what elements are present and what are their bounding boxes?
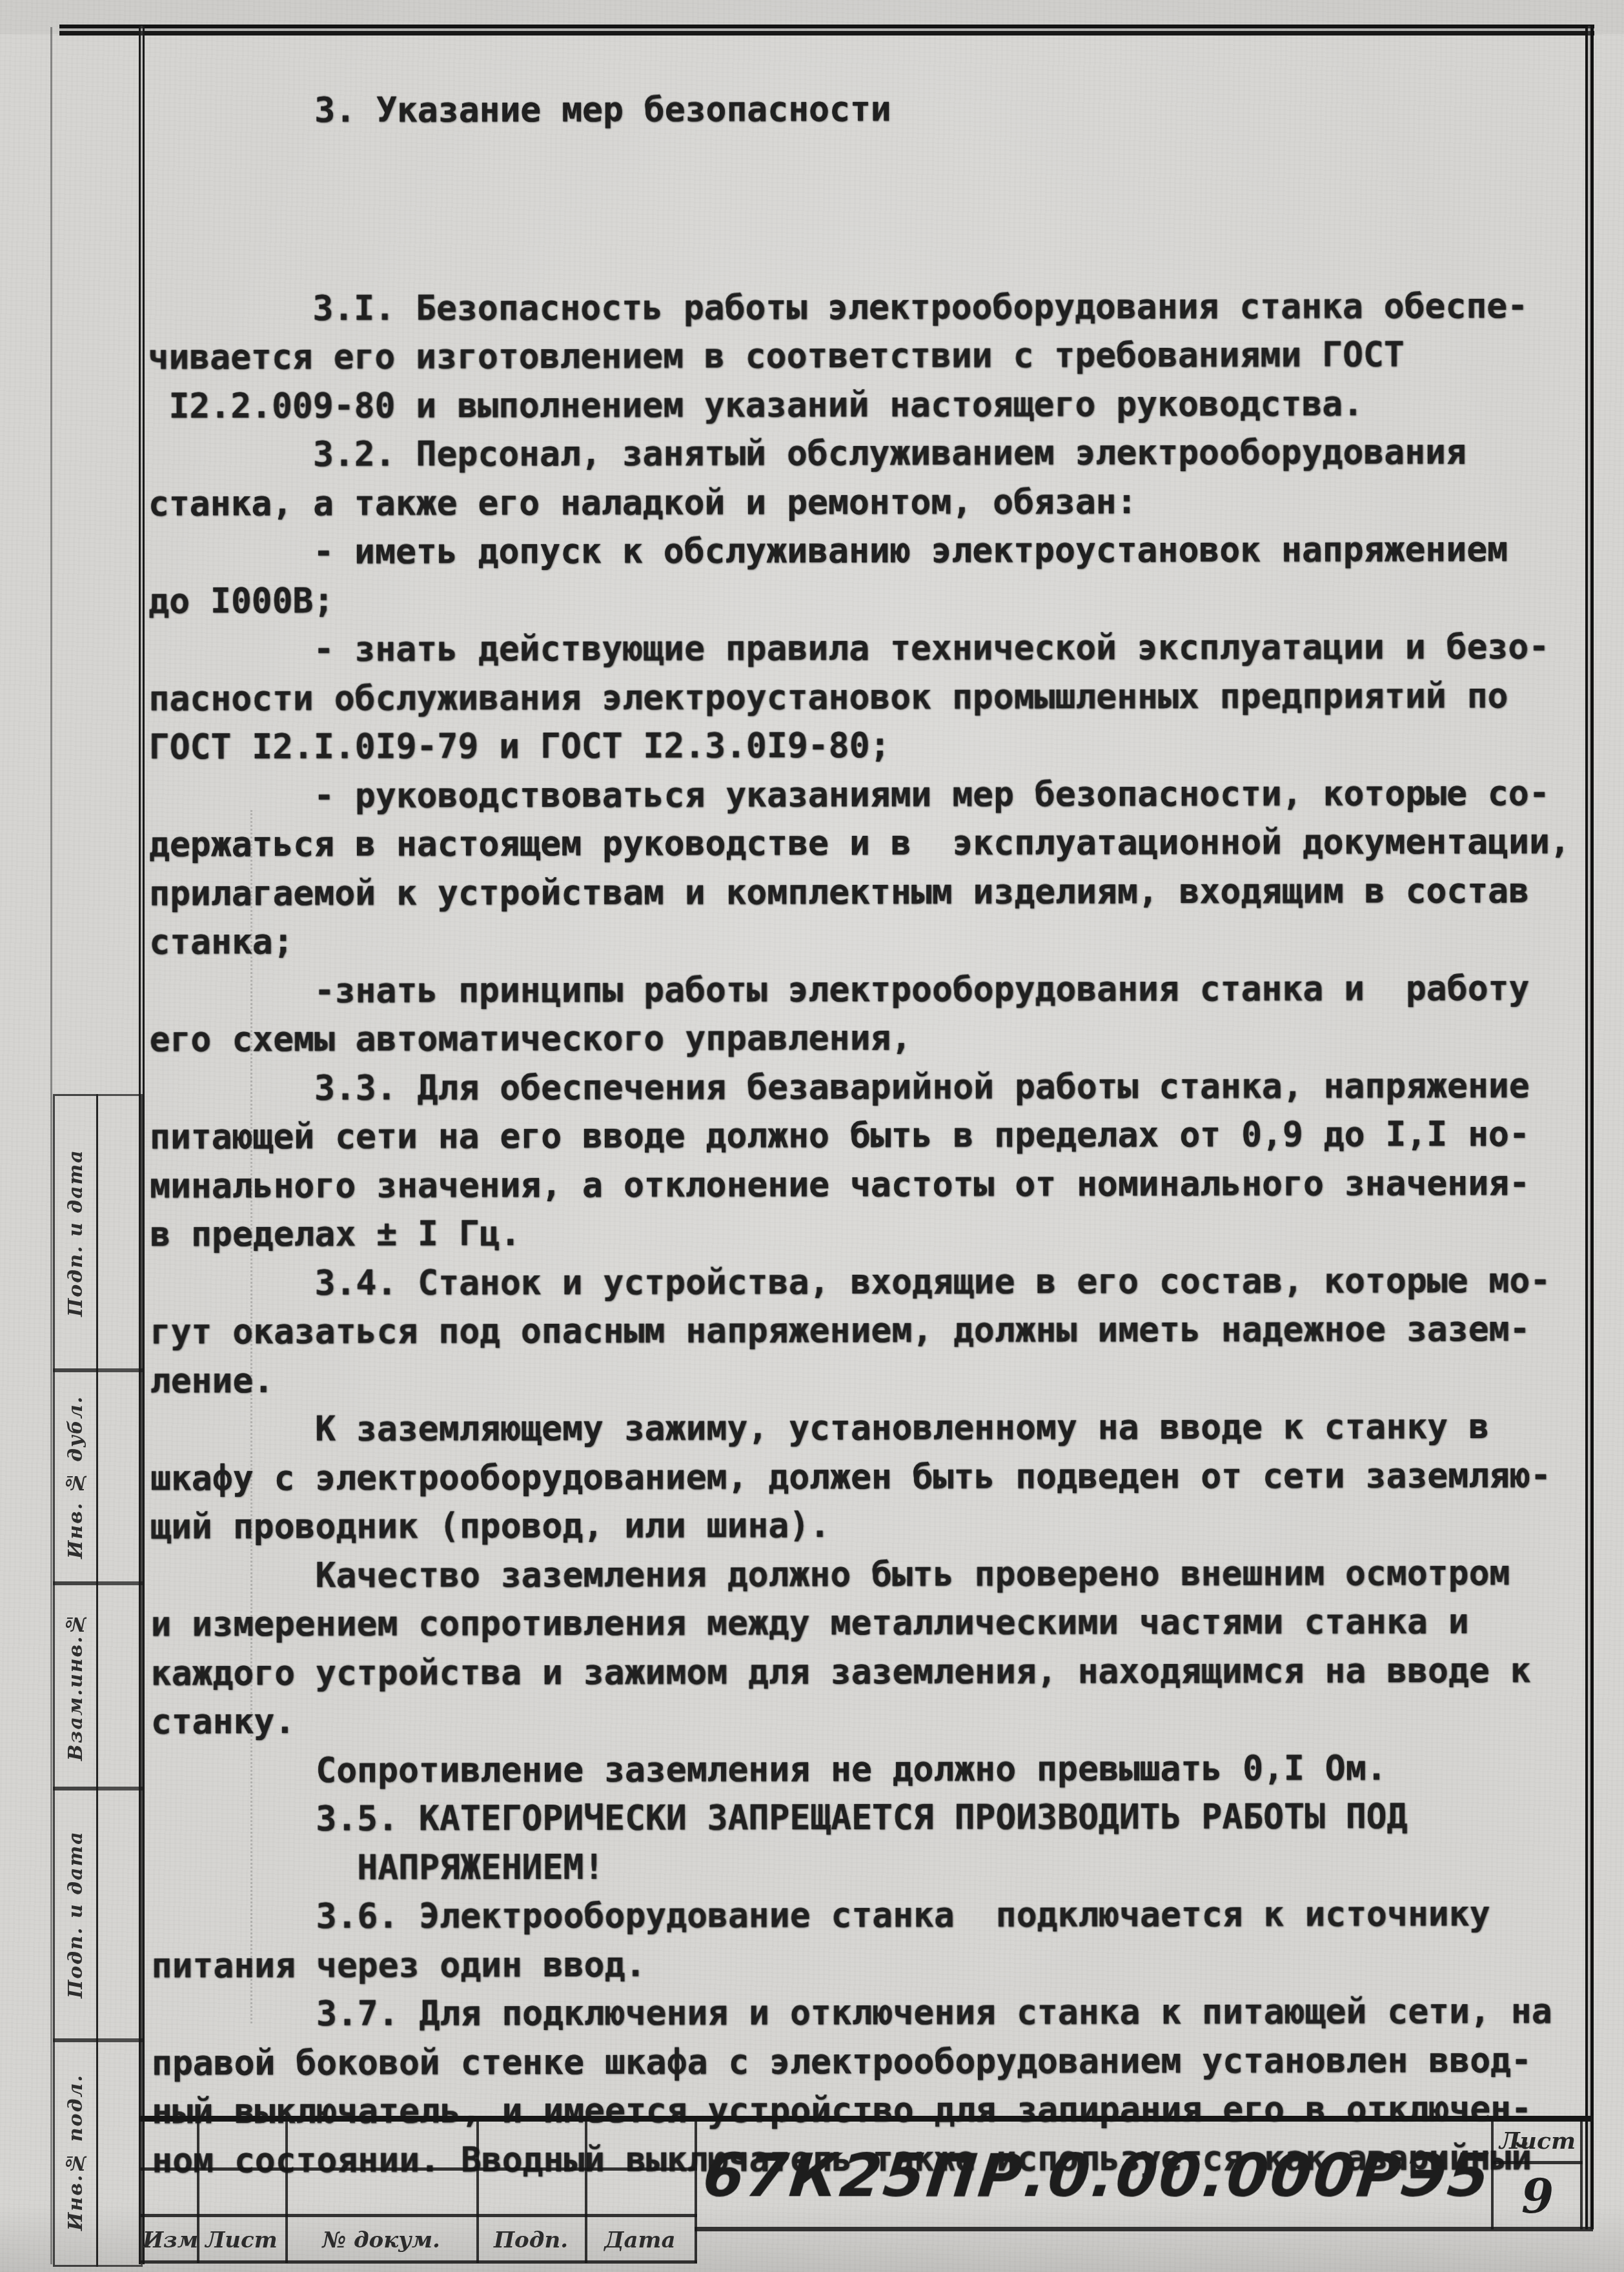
- sheet-number: 9: [1494, 2164, 1581, 2228]
- typed-line: I2.2.009-80 и выполнением указаний насто…: [148, 379, 1569, 431]
- typed-line: 3.2. Персонал, занятый обслуживанием эле…: [148, 428, 1570, 480]
- typed-line: до I000В;: [148, 574, 1570, 625]
- typed-line: чивается его изготовлением в соответстви…: [148, 330, 1569, 382]
- revision-table-line: [141, 2167, 697, 2171]
- typed-line: ление.: [150, 1354, 1572, 1405]
- typed-line: 3.7. Для подключения и отключения станка…: [152, 1987, 1573, 2039]
- margin-stamp-inv-n-dubl: Инв. № дубл.: [53, 1368, 98, 1585]
- typed-line: гут оказаться под опасным напряжением, д…: [150, 1305, 1571, 1357]
- typed-line: питающей сети на его вводе должно быть в…: [150, 1110, 1571, 1162]
- typed-line: К заземляющему зажиму, установленному на…: [150, 1403, 1572, 1454]
- title-block-top-line: [139, 2116, 1594, 2122]
- margin-stamp-inv-n-podl: Инв.№ подл.: [53, 2038, 98, 2267]
- typed-line: щий проводник (провод, или шина).: [150, 1500, 1572, 1552]
- title-block-bottom-line: [695, 2227, 1593, 2231]
- margin-stamp-blank-cell: [96, 1368, 143, 1585]
- margin-stamp-blank-cell: [96, 1581, 143, 1790]
- document-number: 67К25ПР.0.00.000РЭ5: [711, 2127, 1483, 2224]
- margin-stamp-blank-cell: [96, 2038, 143, 2267]
- margin-stamp-vzam-inv-n: Взам.инв.№: [53, 1581, 98, 1790]
- revision-col-podp: Подп.: [478, 2218, 584, 2263]
- margin-stamp-podp-i-data-lower: Подп. и дата: [53, 1787, 98, 2042]
- typed-line: станка;: [149, 915, 1570, 967]
- typed-line: в пределах ± I Гц.: [150, 1208, 1571, 1259]
- typed-line: ГОСТ I2.I.0I9-79 и ГОСТ I2.3.0I9-80;: [149, 720, 1570, 772]
- typed-line: Качество заземления должно быть проверен…: [150, 1548, 1572, 1600]
- typed-line: Сопротивление заземления не должно превы…: [151, 1743, 1572, 1795]
- section-heading: 3. Указание мер безопасности: [150, 85, 891, 136]
- revision-table-line: [695, 2118, 697, 2263]
- typed-line: минального значения, а отклонение частот…: [150, 1159, 1571, 1210]
- typed-line: 3.6. Электрооборудование станка подключа…: [151, 1890, 1572, 1942]
- frame-right-border: [1585, 26, 1594, 2229]
- revision-table-line: [141, 2214, 697, 2217]
- revision-col-list: Лист: [198, 2218, 285, 2263]
- typed-line: - знать действующие правила технической …: [148, 623, 1570, 674]
- typed-line: правой боковой стенке шкафа с электрообо…: [152, 2036, 1573, 2087]
- frame-top-border: [59, 25, 1594, 35]
- revision-col-izm: Изм: [145, 2218, 196, 2263]
- typed-line: станка, а также его наладкой и ремонтом,…: [148, 476, 1570, 528]
- typed-line: 3.3. Для обеспечения безаварийной работы…: [150, 1061, 1571, 1113]
- typed-line: -знать принципы работы электрооборудован…: [149, 964, 1570, 1015]
- typed-line: держаться в настоящем руководстве и в эк…: [149, 818, 1570, 869]
- revision-col-ndocum: № докум.: [287, 2218, 476, 2263]
- typed-line: шкафу с электрооборудованием, должен быт…: [150, 1451, 1572, 1503]
- paper-edge-line: [50, 27, 52, 2264]
- margin-stamp-podp-i-data-upper: Подп. и дата: [53, 1094, 98, 1372]
- typed-line: - руководствоваться указаниями мер безоп…: [149, 769, 1570, 820]
- scanned-page: 3. Указание мер безопасности 3.I. Безопа…: [0, 0, 1624, 2272]
- typed-line: и измерением сопротивления между металли…: [150, 1598, 1572, 1649]
- margin-stamp-blank-cell: [96, 1787, 143, 2042]
- typed-line: 3.5. КАТЕГОРИЧЕСКИ ЗАПРЕЩАЕТСЯ ПРОИЗВОДИ…: [151, 1792, 1572, 1844]
- margin-stamp-blank-cell: [96, 1094, 143, 1372]
- typed-line: станку.: [151, 1695, 1572, 1747]
- typed-line: 3.4. Станок и устройства, входящие в его…: [150, 1256, 1571, 1308]
- typed-line: его схемы автоматического управления,: [150, 1013, 1571, 1064]
- sheet-label: Лист: [1494, 2121, 1581, 2161]
- typed-line: питания через один ввод.: [152, 1938, 1573, 1990]
- typed-line: НАПРЯЖЕНИЕМ!: [151, 1841, 1572, 1892]
- typed-line: прилагаемой к устройствам и комплектным …: [149, 866, 1570, 918]
- revision-col-data: Дата: [586, 2218, 694, 2263]
- typed-text-block: 3.I. Безопасность работы электрооборудов…: [148, 136, 1573, 2186]
- typed-line: каждого устройства и зажимом для заземле…: [151, 1646, 1572, 1698]
- typed-line: пасности обслуживания электроустановок п…: [148, 671, 1570, 723]
- typed-line: - иметь допуск к обслуживанию электроуст…: [148, 525, 1570, 577]
- typed-line: 3.I. Безопасность работы электрооборудов…: [148, 281, 1569, 333]
